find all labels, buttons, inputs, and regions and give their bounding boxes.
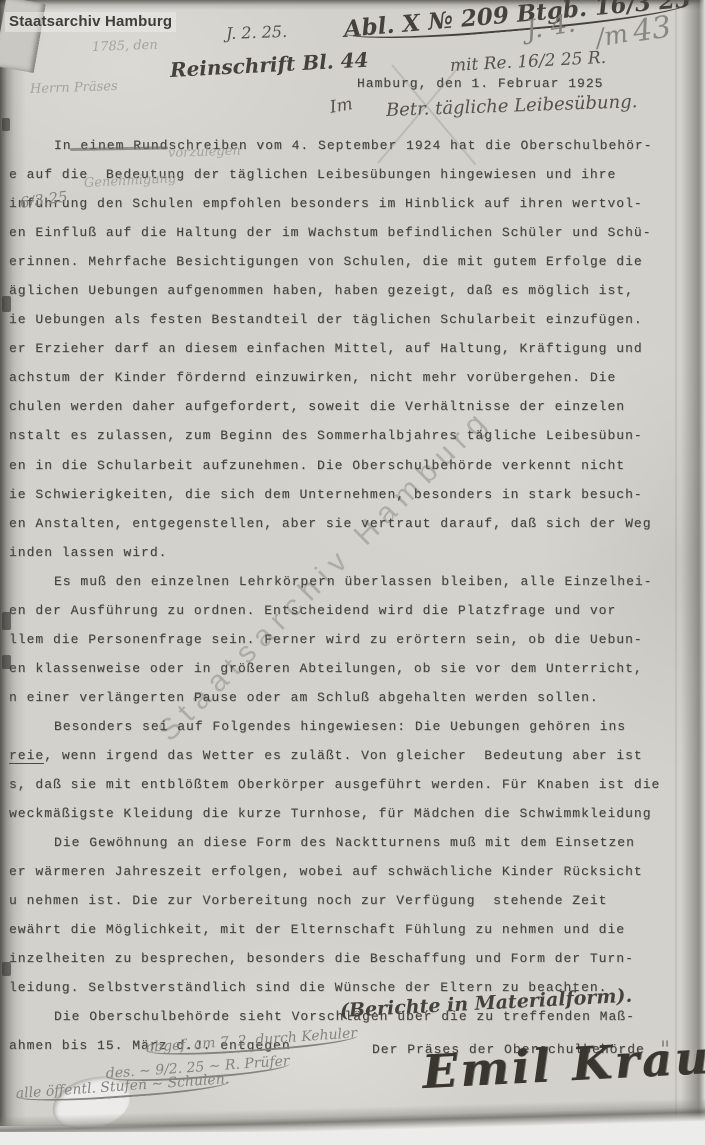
- binding-mark-2: [2, 296, 11, 312]
- typewritten-line: weckmäßigste Kleidung die kurze Turnhose…: [9, 799, 701, 828]
- typewritten-line: llem die Personenfrage sein. Ferner wird…: [9, 625, 701, 654]
- typewritten-line: chulen werden daher aufgefordert, soweit…: [9, 392, 701, 421]
- typewritten-line: en in die Schularbeit aufzunehmen. Die O…: [9, 451, 701, 480]
- underlined-word: reie: [9, 748, 44, 764]
- typewritten-line: ewährt die Möglichkeit, mit der Elternsc…: [9, 915, 701, 944]
- typewritten-line: ie Uebungen als festen Bestandteil der t…: [9, 305, 701, 334]
- faint-margin-note-2: Herrn Präses: [30, 79, 118, 97]
- place-date-line: Hamburg, den 1. Februar 1925: [357, 76, 603, 91]
- letter-body: In einem Rundschreiben vom 4. September …: [9, 131, 701, 1061]
- binding-mark-4: [2, 655, 11, 669]
- archive-corner-label: Staatsarchiv Hamburg: [5, 12, 176, 32]
- typewritten-line: nstalt es zulassen, zum Beginn des Somme…: [9, 421, 701, 450]
- typewritten-line: erinnen. Mehrfache Besichtigungen von Sc…: [9, 247, 701, 276]
- im-mark-note: Im: [328, 94, 354, 118]
- typewritten-line: s, daß sie mit entblößtem Oberkörper aus…: [9, 770, 701, 799]
- typewritten-line: ie Schwierigkeiten, die sich dem Unterne…: [9, 480, 701, 509]
- typewritten-line: achstum der Kinder fördernd einzuwirken,…: [9, 363, 701, 392]
- typewritten-line: Besonders sei auf Folgendes hingewiesen:…: [9, 712, 701, 741]
- paper-edge-bottom: [0, 1098, 705, 1132]
- faint-margin-note-3: vorzulegen: [168, 143, 241, 161]
- typewritten-line: en der Ausführung zu ordnen. Entscheiden…: [9, 596, 701, 625]
- faint-margin-note-1: 1785, den: [92, 38, 158, 55]
- typewritten-line: u nehmen ist. Die zur Vorbereitung noch …: [9, 886, 701, 915]
- typewritten-line: er wärmeren Jahreszeit erfolgen, wobei a…: [9, 857, 701, 886]
- typewritten-line: er Erzieher darf an diesem einfachen Mit…: [9, 334, 701, 363]
- binding-mark-3: [2, 612, 11, 630]
- typewritten-line: n einer verlängerten Pause oder am Schlu…: [9, 683, 701, 712]
- typewritten-line: en Anstalten, entgegenstellen, aber sie …: [9, 509, 701, 538]
- typewritten-line: äglichen Uebungen aufgenommen haben, hab…: [9, 276, 701, 305]
- binding-mark-1: [2, 118, 10, 131]
- typewritten-line: inden lassen wird.: [9, 538, 701, 567]
- typewritten-line: In einem Rundschreiben vom 4. September …: [9, 131, 701, 160]
- typewritten-line: Die Gewöhnung an diese Form des Nackttur…: [9, 828, 701, 857]
- binding-mark-5: [2, 962, 11, 976]
- typewritten-line: reie, wenn irgend das Wetter es zuläßt. …: [9, 741, 701, 770]
- handwritten-date-note: J. 2. 25.: [226, 22, 288, 43]
- typewritten-line: inzelheiten zu besprechen, besonders die…: [9, 944, 701, 973]
- typewritten-line: Es muß den einzelnen Lehrkörpern überlas…: [9, 567, 701, 596]
- typewritten-line: en klassenweise oder in größeren Abteilu…: [9, 654, 701, 683]
- scanned-document: Staatsarchiv Hamburg Staatsarchiv Hambur…: [0, 0, 705, 1145]
- typewritten-line: en Einfluß auf die Haltung der im Wachst…: [9, 218, 701, 247]
- typewritten-line: inführung den Schulen empfohlen besonder…: [9, 189, 701, 218]
- quote-mark-note: ": [660, 1038, 670, 1063]
